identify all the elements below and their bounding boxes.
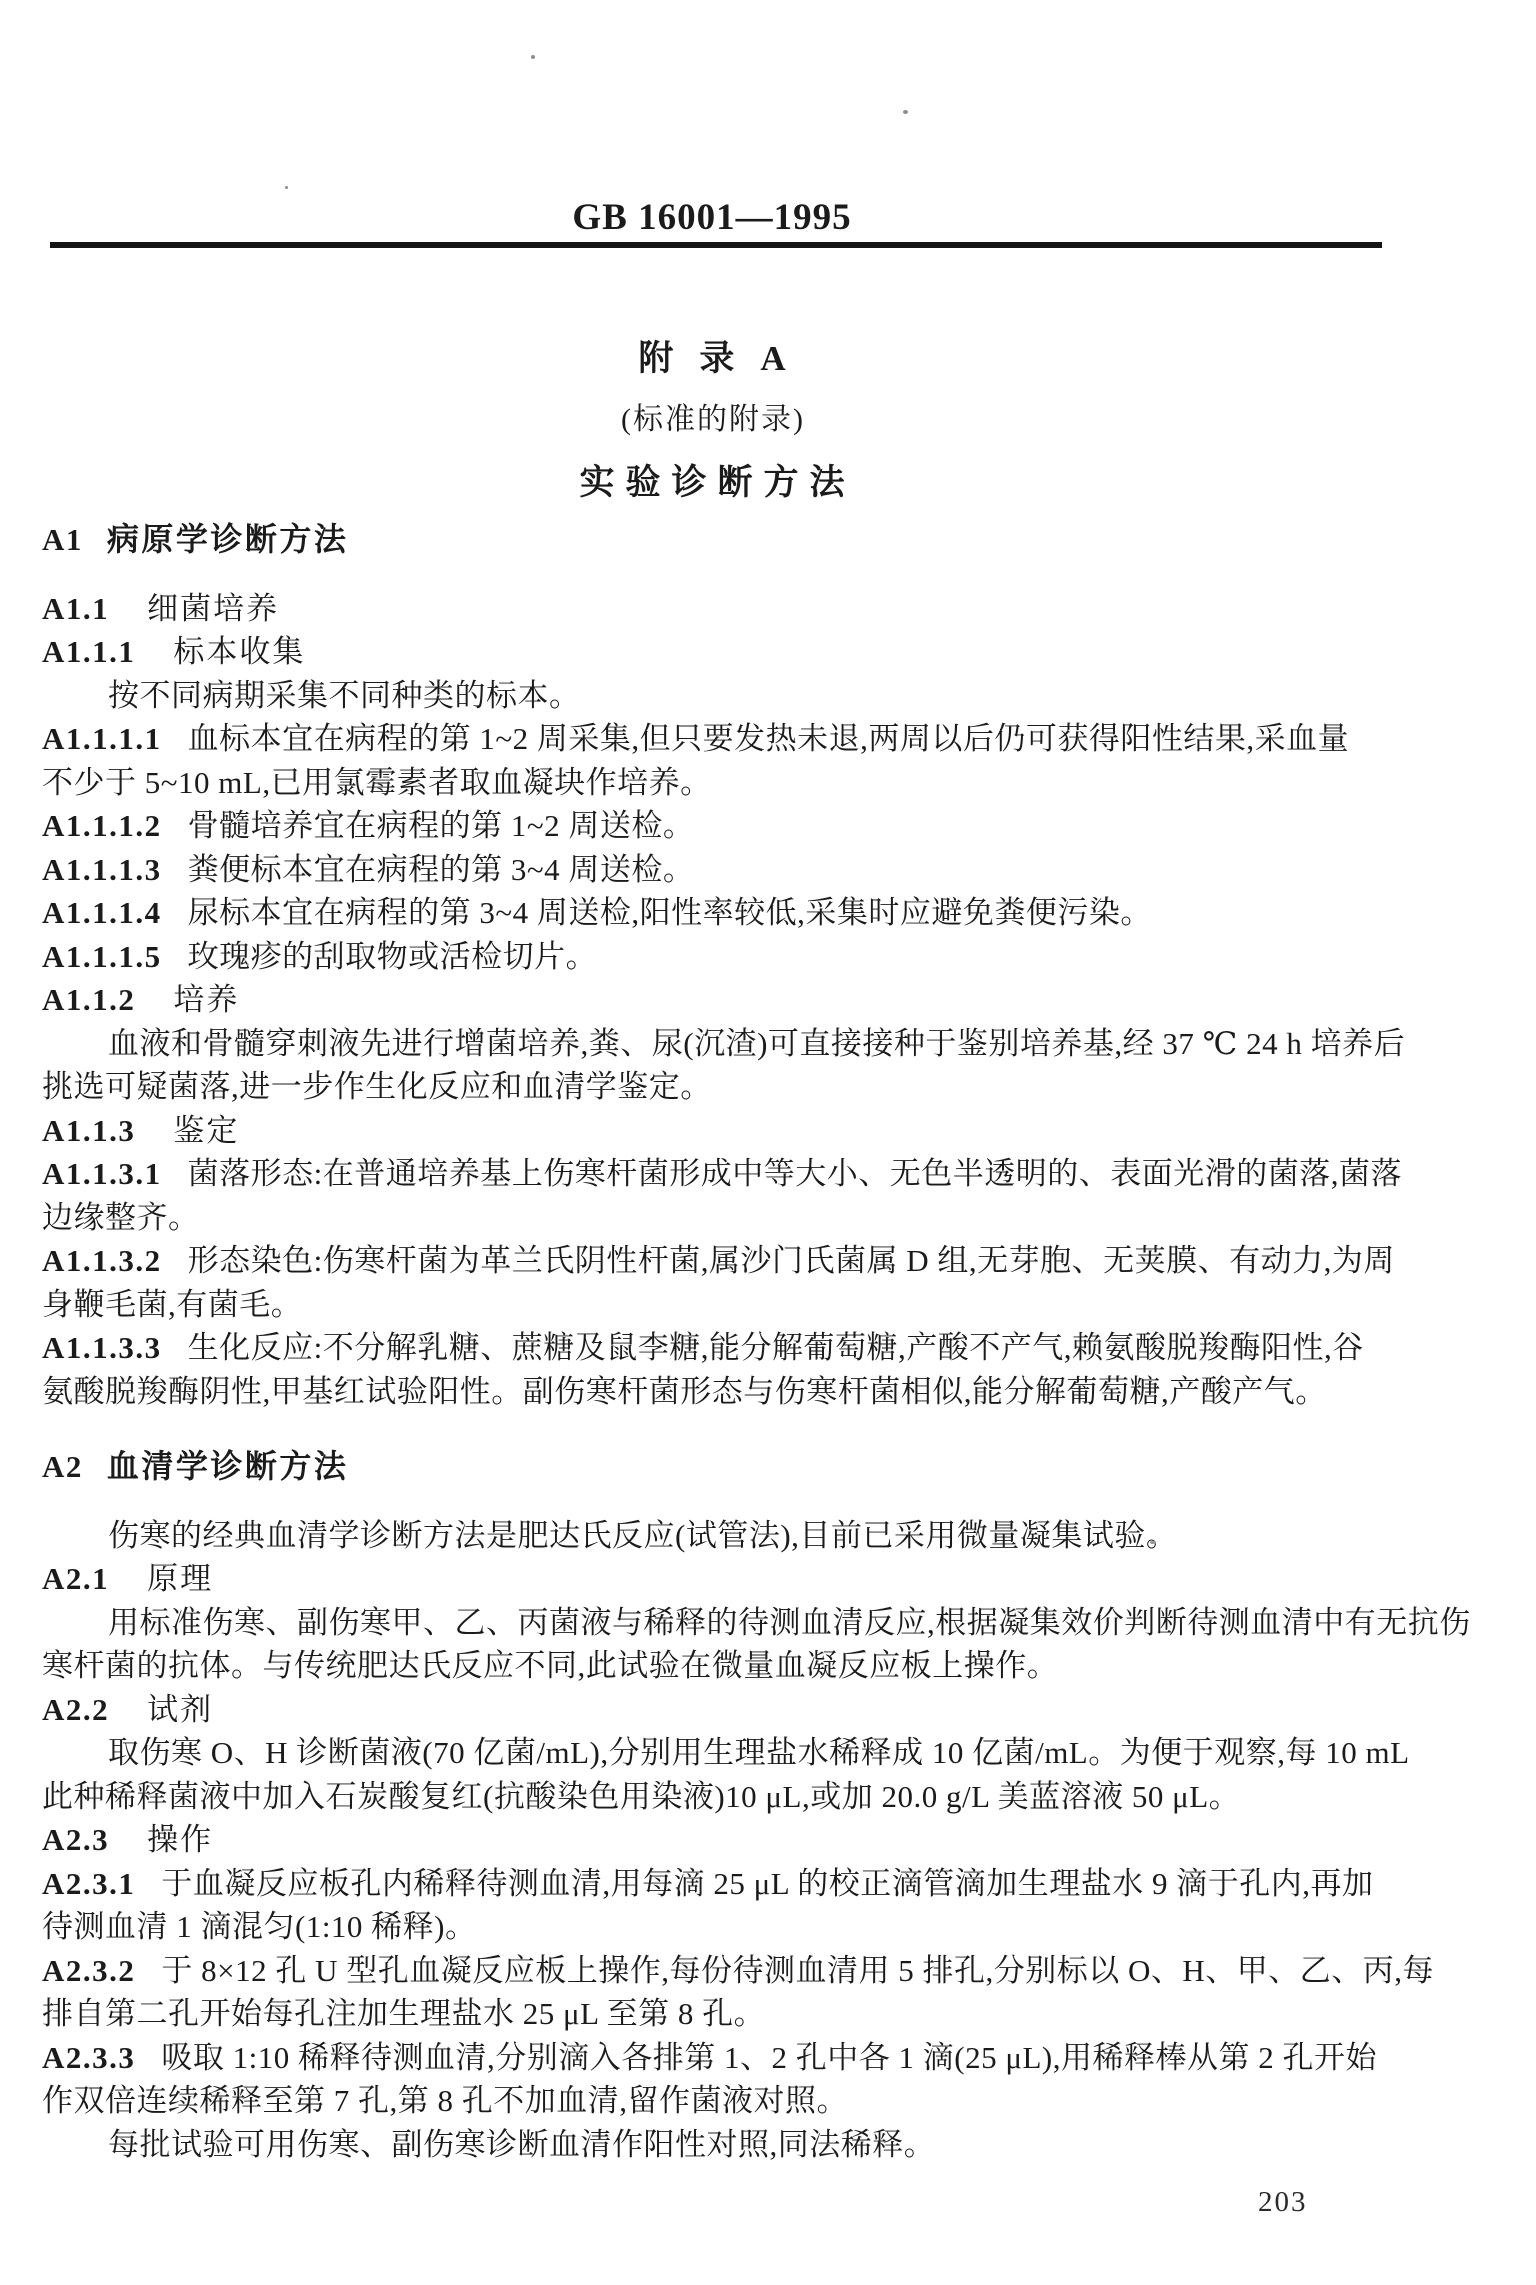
paragraph-line: 按不同病期采集不同种类的标本。 [42, 676, 581, 716]
paragraph-text: 此种稀释菌液中加入石炭酸复红(抗酸染色用染液)10 μL,或加 20.0 g/L… [42, 1779, 1240, 1814]
clause-number: A1.1.3.1 [42, 1156, 162, 1191]
clause-line: 排自第二孔开始每孔注加生理盐水 25 μL 至第 8 孔。 [42, 1994, 765, 2034]
paragraph-line: 挑选可疑菌落,进一步作生化反应和血清学鉴定。 [42, 1067, 712, 1107]
clause-line: A1.1.1.5玫瑰疹的刮取物或活检切片。 [42, 937, 597, 977]
clause-text: 身鞭毛菌,有菌毛。 [42, 1287, 302, 1322]
clause-text: 生化反应:不分解乳糖、蔗糖及鼠李糖,能分解葡萄糖,产酸不产气,赖氨酸脱羧酶阳性,… [188, 1330, 1364, 1365]
clause-line: 氨酸脱羧酶阴性,甲基红试验阳性。副伤寒杆菌形态与伤寒杆菌相似,能分解葡萄糖,产酸… [42, 1372, 1327, 1412]
clause-number: A2.3.3 [42, 2040, 135, 2075]
paragraph-text: 取伤寒 O、H 诊断菌液(70 亿菌/mL),分别用生理盐水稀释成 10 亿菌/… [108, 1735, 1410, 1770]
clause-text: 待测血清 1 滴混匀(1:10 稀释)。 [42, 1909, 477, 1944]
clause-number: A1.1.1.2 [42, 808, 162, 843]
paragraph-text: 血液和骨髓穿刺液先进行增菌培养,粪、尿(沉渣)可直接接种于鉴别培养基,经 37 … [108, 1026, 1405, 1061]
clause-text: 菌落形态:在普通培养基上伤寒杆菌形成中等大小、无色半透明的、表面光滑的菌落,菌落 [188, 1156, 1402, 1191]
section-title: 试剂 [147, 1692, 213, 1727]
paragraph-text: 每批试验可用伤寒、副伤寒诊断血清作阳性对照,同法稀释。 [108, 2127, 935, 2162]
paragraph-line: 取伤寒 O、H 诊断菌液(70 亿菌/mL),分别用生理盐水稀释成 10 亿菌/… [42, 1733, 1410, 1773]
clause-line: 身鞭毛菌,有菌毛。 [42, 1285, 302, 1325]
section-number: A2.3 [42, 1822, 109, 1857]
section-number: A1.1.3 [42, 1113, 135, 1148]
clause-number: A1.1.1.1 [42, 721, 162, 756]
appendix-subtitle: (标准的附录) [42, 394, 1382, 438]
header-rule [50, 242, 1382, 248]
section-heading: A1.1.2培养 [42, 980, 239, 1020]
chapter-title: 病原学诊断方法 [107, 521, 349, 557]
paragraph-line: 伤寒的经典血清学诊断方法是肥达氏反应(试管法),目前已采用微量凝集试验。 [42, 1516, 1177, 1556]
clause-text: 血标本宜在病程的第 1~2 周采集,但只要发热未退,两周以后仍可获得阳性结果,采… [188, 721, 1350, 756]
scan-speck [531, 55, 535, 59]
clause-line: A2.3.1于血凝反应板孔内稀释待测血清,用每滴 25 μL 的校正滴管滴加生理… [42, 1864, 1374, 1904]
clause-number: A1.1.3.3 [42, 1330, 162, 1365]
clause-line: A2.3.3吸取 1:10 稀释待测血清,分别滴入各排第 1、2 孔中各 1 滴… [42, 2038, 1377, 2078]
page-number: 203 [1258, 2186, 1308, 2219]
section-title: 操作 [147, 1822, 213, 1857]
clause-number: A1.1.1.5 [42, 939, 162, 974]
clause-line: A1.1.1.2骨髓培养宜在病程的第 1~2 周送检。 [42, 806, 694, 846]
clause-line: A1.1.1.3粪便标本宜在病程的第 3~4 周送检。 [42, 850, 694, 890]
section-title: 细菌培养 [147, 591, 279, 626]
clause-line: 作双倍连续稀释至第 7 孔,第 8 孔不加血清,留作菌液对照。 [42, 2081, 848, 2121]
paragraph-line: 每批试验可用伤寒、副伤寒诊断血清作阳性对照,同法稀释。 [42, 2125, 935, 2165]
paragraph-text: 伤寒的经典血清学诊断方法是肥达氏反应(试管法),目前已采用微量凝集试验。 [108, 1518, 1177, 1553]
section-number: A1.1.1 [42, 634, 135, 669]
section-title: 培养 [173, 982, 239, 1017]
chapter-number: A2 [42, 1449, 83, 1484]
clause-line: A1.1.1.4尿标本宜在病程的第 3~4 周送检,阳性率较低,采集时应避免粪便… [42, 893, 1152, 933]
section-number: A2.2 [42, 1692, 109, 1727]
document-page: GB 16001—1995 附录A (标准的附录) 实验诊断方法 A1病原学诊断… [0, 0, 1536, 2285]
chapter-title: 血清学诊断方法 [107, 1448, 349, 1484]
section-heading: A2.1原理 [42, 1559, 213, 1599]
paragraph-line: 寒杆菌的抗体。与传统肥达氏反应不同,此试验在微量血凝反应板上操作。 [42, 1646, 1058, 1686]
clause-text: 形态染色:伤寒杆菌为革兰氏阴性杆菌,属沙门氏菌属 D 组,无芽胞、无荚膜、有动力… [188, 1243, 1395, 1278]
section-heading: A1.1.1标本收集 [42, 632, 305, 672]
section-number: A2.1 [42, 1561, 109, 1596]
paragraph-line: 此种稀释菌液中加入石炭酸复红(抗酸染色用染液)10 μL,或加 20.0 g/L… [42, 1777, 1240, 1817]
clause-text: 于 8×12 孔 U 型孔血凝反应板上操作,每份待测血清用 5 排孔,分别标以 … [161, 1953, 1434, 1988]
chapter-heading: A1病原学诊断方法 [42, 519, 348, 560]
clause-line: 待测血清 1 滴混匀(1:10 稀释)。 [42, 1907, 477, 1947]
paragraph-line: 血液和骨髓穿刺液先进行增菌培养,粪、尿(沉渣)可直接接种于鉴别培养基,经 37 … [42, 1024, 1405, 1064]
clause-number: A2.3.1 [42, 1866, 135, 1901]
scan-speck [285, 186, 288, 189]
section-title: 鉴定 [173, 1113, 239, 1148]
standard-number: GB 16001—1995 [42, 196, 1382, 239]
clause-text: 粪便标本宜在病程的第 3~4 周送检。 [188, 852, 695, 887]
section-number: A1.1.2 [42, 982, 135, 1017]
clause-line: A2.3.2于 8×12 孔 U 型孔血凝反应板上操作,每份待测血清用 5 排孔… [42, 1951, 1434, 1991]
section-heading: A1.1.3鉴定 [42, 1111, 239, 1151]
appendix-heading: 实验诊断方法 [42, 455, 1382, 505]
clause-text: 不少于 5~10 mL,已用氯霉素者取血凝块作培养。 [42, 765, 712, 800]
clause-line: 不少于 5~10 mL,已用氯霉素者取血凝块作培养。 [42, 763, 712, 803]
section-heading: A2.3操作 [42, 1820, 213, 1860]
clause-text: 边缘整齐。 [42, 1200, 200, 1235]
paragraph-line: 用标准伤寒、副伤寒甲、乙、丙菌液与稀释的待测血清反应,根据凝集效价判断待测血清中… [42, 1603, 1471, 1643]
clause-text: 玫瑰疹的刮取物或活检切片。 [188, 939, 598, 974]
clause-number: A2.3.2 [42, 1953, 135, 1988]
clause-line: 边缘整齐。 [42, 1198, 200, 1238]
section-number: A1.1 [42, 591, 109, 626]
scan-speck [903, 110, 908, 114]
chapter-number: A1 [42, 522, 83, 557]
paragraph-text: 按不同病期采集不同种类的标本。 [108, 678, 581, 713]
clause-line: A1.1.3.2形态染色:伤寒杆菌为革兰氏阴性杆菌,属沙门氏菌属 D 组,无芽胞… [42, 1241, 1395, 1281]
clause-text: 骨髓培养宜在病程的第 1~2 周送检。 [188, 808, 695, 843]
paragraph-text: 用标准伤寒、副伤寒甲、乙、丙菌液与稀释的待测血清反应,根据凝集效价判断待测血清中… [108, 1605, 1471, 1640]
scan-speck [1150, 1541, 1156, 1544]
paragraph-text: 挑选可疑菌落,进一步作生化反应和血清学鉴定。 [42, 1069, 712, 1104]
clause-line: A1.1.1.1血标本宜在病程的第 1~2 周采集,但只要发热未退,两周以后仍可… [42, 719, 1349, 759]
section-heading: A1.1细菌培养 [42, 589, 279, 629]
paragraph-text: 寒杆菌的抗体。与传统肥达氏反应不同,此试验在微量血凝反应板上操作。 [42, 1648, 1058, 1683]
clause-number: A1.1.3.2 [42, 1243, 162, 1278]
clause-number: A1.1.1.4 [42, 895, 162, 930]
clause-text: 吸取 1:10 稀释待测血清,分别滴入各排第 1、2 孔中各 1 滴(25 μL… [161, 2040, 1377, 2075]
section-title: 标本收集 [173, 634, 305, 669]
appendix-title: 附录A [42, 331, 1382, 381]
clause-number: A1.1.1.3 [42, 852, 162, 887]
chapter-heading: A2血清学诊断方法 [42, 1446, 348, 1487]
section-title: 原理 [147, 1561, 213, 1596]
clause-text: 氨酸脱羧酶阴性,甲基红试验阳性。副伤寒杆菌形态与伤寒杆菌相似,能分解葡萄糖,产酸… [42, 1374, 1327, 1409]
clause-text: 于血凝反应板孔内稀释待测血清,用每滴 25 μL 的校正滴管滴加生理盐水 9 滴… [161, 1866, 1373, 1901]
clause-text: 排自第二孔开始每孔注加生理盐水 25 μL 至第 8 孔。 [42, 1996, 765, 2031]
clause-line: A1.1.3.3生化反应:不分解乳糖、蔗糖及鼠李糖,能分解葡萄糖,产酸不产气,赖… [42, 1328, 1364, 1368]
section-heading: A2.2试剂 [42, 1690, 213, 1730]
clause-text: 作双倍连续稀释至第 7 孔,第 8 孔不加血清,留作菌液对照。 [42, 2083, 848, 2118]
clause-text: 尿标本宜在病程的第 3~4 周送检,阳性率较低,采集时应避免粪便污染。 [188, 895, 1152, 930]
clause-line: A1.1.3.1菌落形态:在普通培养基上伤寒杆菌形成中等大小、无色半透明的、表面… [42, 1154, 1402, 1194]
